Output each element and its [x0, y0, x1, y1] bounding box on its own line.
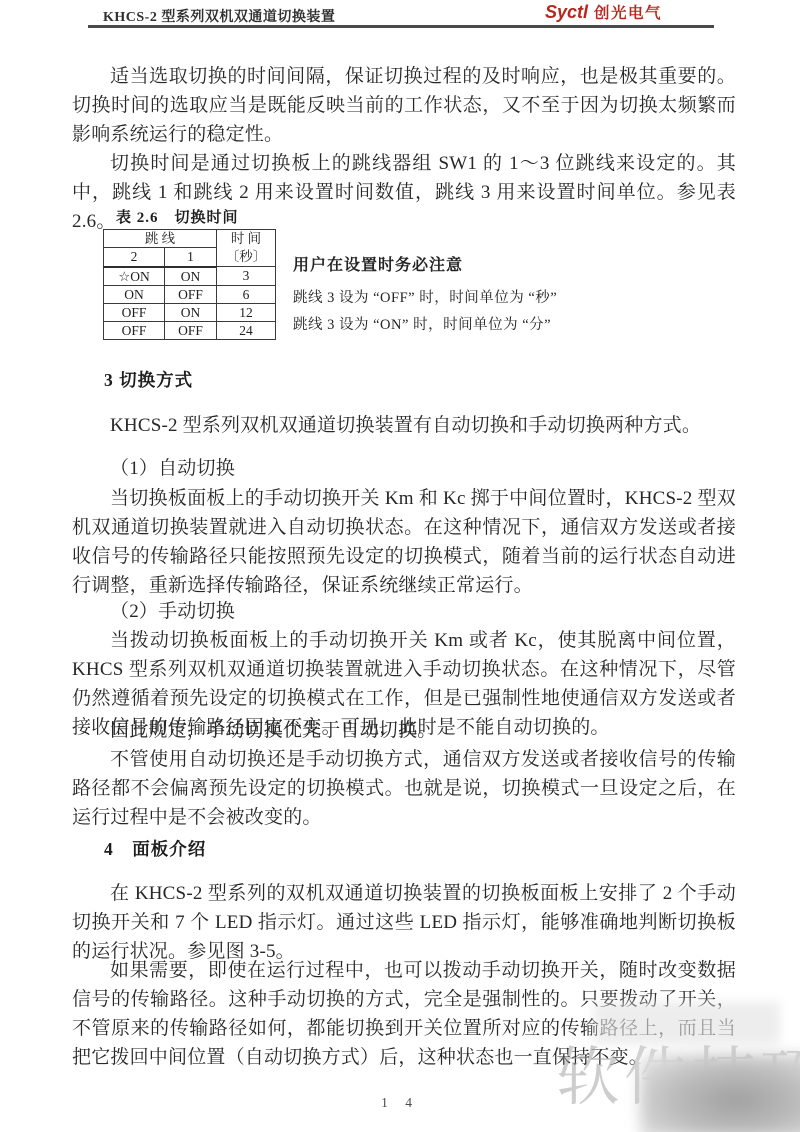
section3-item1-title: （1）自动切换 [72, 454, 736, 483]
table-cell: ON [165, 303, 217, 321]
header-rule [88, 25, 714, 28]
table-header-time-label: 时 间 [217, 230, 275, 248]
table-header-time: 时 间 〔秒〕 [217, 230, 276, 267]
table-header-row: 跳 线 时 间 〔秒〕 [104, 230, 276, 248]
section3-item1-body: 当切换板面板上的手动切换开关 Km 和 Kc 掷于中间位置时，KHCS-2 型双… [72, 484, 736, 600]
setting-note-line-off: 跳线 3 设为 “OFF” 时，时间单位为 “秒” [293, 285, 557, 312]
section3-item2-title: （2）手动切换 [72, 597, 736, 626]
table-cell: ON [104, 285, 165, 303]
section3-heading: 3 切换方式 [104, 367, 193, 392]
setting-note-line-on: 跳线 3 设为 “ON” 时，时间单位为 “分” [293, 312, 557, 339]
table-cell: 12 [217, 303, 276, 321]
table-cell: OFF [104, 321, 165, 339]
scan-blur-blob [640, 1054, 800, 1132]
table-cell: 3 [217, 267, 276, 286]
table-row: OFF ON 12 [104, 303, 276, 321]
brand-logo-latin: Syctl [545, 2, 588, 22]
table-subheader-jumper2: 2 [104, 248, 165, 267]
table-header-jumper: 跳 线 [104, 230, 217, 248]
table-cell: 24 [217, 321, 276, 339]
switch-time-table: 跳 线 时 间 〔秒〕 2 1 ☆ON ON 3 ON OFF 6 OFF ON… [103, 229, 276, 340]
section4-heading: 4 面板介绍 [104, 836, 206, 861]
setting-note-title: 用户在设置时务必注意 [293, 252, 557, 275]
table-row: OFF OFF 24 [104, 321, 276, 339]
table-cell: OFF [165, 321, 217, 339]
table-cell: ☆ON [104, 267, 165, 286]
table-caption: 表 2.6 切换时间 [116, 206, 239, 227]
section4-panel-paragraph: 在 KHCS-2 型系列的双机双通道切换装置的切换板面板上安排了 2 个手动切换… [72, 879, 736, 966]
brand-logo-chinese: 创光电气 [594, 5, 662, 22]
table-row: ☆ON ON 3 [104, 267, 276, 286]
table-cell: OFF [165, 285, 217, 303]
table-cell: OFF [104, 303, 165, 321]
section3-priority-rule: 因此规定，手动切换优先于自动切换。 [72, 716, 736, 745]
header-doc-title: KHCS-2 型系列双机双通道切换装置 [103, 6, 335, 26]
table-header-time-unit: 〔秒〕 [217, 248, 275, 266]
table-subheader-jumper1: 1 [165, 248, 217, 267]
setting-note: 用户在设置时务必注意 跳线 3 设为 “OFF” 时，时间单位为 “秒” 跳线 … [293, 252, 557, 339]
table-cell: ON [165, 267, 217, 286]
brand-logo: Syctl创光电气 [545, 1, 662, 23]
section3-mode-fixed: 不管使用自动切换还是手动切换方式，通信双方发送或者接收信号的传输路径都不会偏离预… [72, 745, 736, 832]
table-cell: 6 [217, 285, 276, 303]
paragraph-switch-interval: 适当选取切换的时间间隔，保证切换过程的及时响应，也是极其重要的。切换时间的选取应… [72, 62, 736, 149]
section3-intro: KHCS-2 型系列双机双通道切换装置有自动切换和手动切换两种方式。 [72, 411, 736, 440]
scan-blur-haze [594, 1002, 780, 1044]
table-row: ON OFF 6 [104, 285, 276, 303]
document-page: KHCS-2 型系列双机双通道切换装置 Syctl创光电气 适当选取切换的时间间… [0, 0, 800, 1132]
